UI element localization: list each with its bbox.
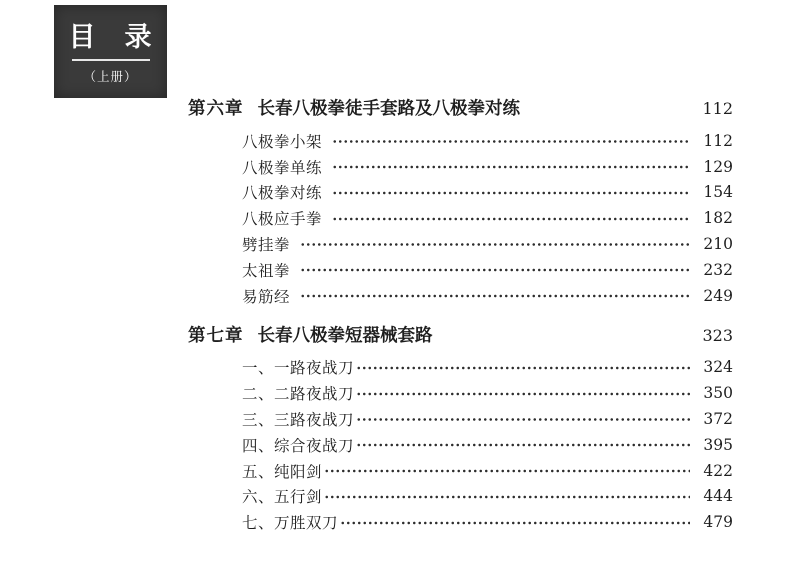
dot-leader (332, 206, 690, 232)
entry-title: 易筋经 (242, 285, 290, 307)
dot-leader (356, 381, 690, 407)
toc-entry: 六、五行剑 444 (242, 484, 733, 510)
entry-page-number: 249 (697, 287, 733, 305)
entry-title: 六、五行剑 (242, 485, 322, 507)
toc-entry: 劈挂拳 210 (242, 231, 733, 257)
chapter-entries: 八极拳小架 112 八极拳单练 129 八极拳对练 154 八极应手拳 182 … (188, 128, 733, 309)
toc-entry: 八极拳小架 112 (242, 128, 733, 154)
chapter-title: 长春八极拳徒手套路及八极拳对练 (258, 96, 521, 122)
dot-leader (356, 355, 690, 381)
toc-section: 第六章 长春八极拳徒手套路及八极拳对练 112 八极拳小架 112 八极拳单练 … (188, 96, 733, 309)
dot-leader (332, 180, 690, 206)
toc-entry: 太祖拳 232 (242, 257, 733, 283)
entry-page-number: 129 (697, 158, 733, 176)
toc-entry: 五、纯阳剑 422 (242, 458, 733, 484)
entry-title: 八极拳单练 (242, 156, 322, 178)
toc-entry: 二、二路夜战刀 350 (242, 380, 733, 406)
entry-title: 一、一路夜战刀 (242, 356, 354, 378)
entry-page-number: 232 (697, 261, 733, 279)
entry-title: 八极应手拳 (242, 207, 322, 229)
dot-leader (356, 407, 690, 433)
toc-section: 第七章 长春八极拳短器械套路 323 一、一路夜战刀 324 二、二路夜战刀 3… (188, 323, 733, 536)
entry-title: 八极拳对练 (242, 181, 322, 203)
chapter-label: 第七章 (188, 323, 244, 349)
dot-leader (356, 432, 690, 458)
entry-title: 二、二路夜战刀 (242, 382, 354, 404)
dot-leader (300, 257, 690, 283)
toc-entry: 七、万胜双刀 479 (242, 509, 733, 535)
toc-entry: 三、三路夜战刀 372 (242, 406, 733, 432)
toc-title: 目 录 (54, 24, 167, 51)
entry-title: 八极拳小架 (242, 130, 322, 152)
entry-page-number: 372 (697, 410, 733, 428)
entry-page-number: 350 (697, 384, 733, 402)
toc-cover-badge: 目 录 （上册） (54, 5, 167, 98)
entry-page-number: 422 (697, 462, 733, 480)
divider (72, 59, 150, 61)
entry-title: 四、综合夜战刀 (242, 434, 354, 456)
chapter-page-number: 323 (697, 323, 733, 349)
toc-page: 目 录 （上册） 第六章 长春八极拳徒手套路及八极拳对练 112 八极拳小架 1… (0, 0, 790, 570)
dot-leader (300, 232, 690, 258)
dot-leader (324, 458, 690, 484)
entry-title: 劈挂拳 (242, 233, 290, 255)
entry-page-number: 154 (697, 183, 733, 201)
toc-entry: 四、综合夜战刀 395 (242, 432, 733, 458)
chapter-label: 第六章 (188, 96, 244, 122)
entry-page-number: 182 (697, 209, 733, 227)
dot-leader (324, 484, 690, 510)
toc-entry: 八极拳对练 154 (242, 180, 733, 206)
dot-leader (340, 510, 690, 536)
toc-entry: 八极拳单练 129 (242, 154, 733, 180)
toc-entry: 易筋经 249 (242, 283, 733, 309)
chapter-entries: 一、一路夜战刀 324 二、二路夜战刀 350 三、三路夜战刀 372 四、综合… (188, 355, 733, 536)
toc-entry: 一、一路夜战刀 324 (242, 355, 733, 381)
entry-title: 七、万胜双刀 (242, 511, 338, 533)
chapter-title: 长春八极拳短器械套路 (258, 323, 433, 349)
entry-title: 五、纯阳剑 (242, 460, 322, 482)
entry-page-number: 324 (697, 358, 733, 376)
entry-page-number: 395 (697, 436, 733, 454)
entry-page-number: 112 (697, 132, 733, 150)
dot-leader (332, 129, 690, 155)
toc-entry: 八极应手拳 182 (242, 205, 733, 231)
toc-subtitle: （上册） (54, 67, 167, 85)
entry-page-number: 210 (697, 235, 733, 253)
dot-leader (332, 154, 690, 180)
chapter-page-number: 112 (697, 96, 733, 122)
entry-title: 三、三路夜战刀 (242, 408, 354, 430)
entry-page-number: 444 (697, 487, 733, 505)
dot-leader (300, 283, 690, 309)
entry-page-number: 479 (697, 513, 733, 531)
entry-title: 太祖拳 (242, 259, 290, 281)
toc-content: 第六章 长春八极拳徒手套路及八极拳对练 112 八极拳小架 112 八极拳单练 … (188, 96, 733, 535)
chapter-heading: 第六章 长春八极拳徒手套路及八极拳对练 112 (188, 96, 733, 122)
chapter-heading: 第七章 长春八极拳短器械套路 323 (188, 323, 733, 349)
